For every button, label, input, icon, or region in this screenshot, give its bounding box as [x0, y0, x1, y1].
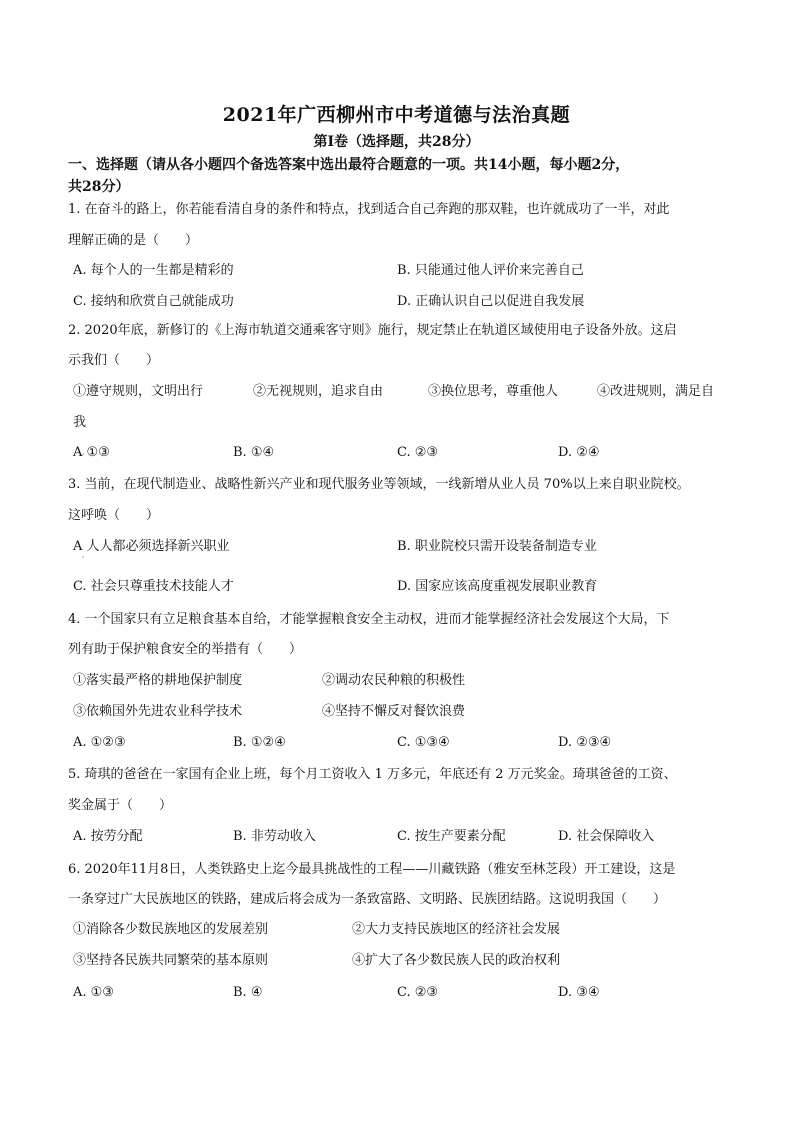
q3-option-b: B. 职业院校只需开设装备制造专业	[397, 538, 597, 556]
q4-statement-2: ②调动农民种粮的积极性	[322, 672, 465, 690]
document-subtitle: 第Ⅰ卷（选择题，共28分）	[0, 131, 793, 151]
q2-statement-wrap: 我	[73, 414, 86, 432]
q2-stem-line-1: 2. 2020年底，新修订的《上海市轨道交通乘客守则》施行，规定禁止在轨道区域使…	[68, 322, 677, 340]
q6-option-c: C. ②③	[397, 984, 438, 1002]
q4-statement-1: ①落实最严格的耕地保护制度	[73, 672, 242, 690]
q1-option-d: D. 正确认识自己以促进自我发展	[397, 293, 584, 311]
q4-statement-4: ④坚持不懈反对餐饮浪费	[322, 703, 465, 721]
q4-option-a: A. ①②③	[73, 734, 126, 752]
q5-stem-line-2: 奖金属于（ ）	[68, 797, 172, 815]
exam-page: 2021年广西柳州市中考道德与法治真题 第Ⅰ卷（选择题，共28分） 一、选择题（…	[0, 0, 793, 1122]
q6-option-a: A. ①③	[73, 984, 114, 1002]
q5-option-d: D. 社会保障收入	[558, 828, 654, 846]
q4-option-c: C. ①③④	[397, 734, 450, 752]
q6-statement-4: ④扩大了各少数民族人民的政治权利	[352, 952, 560, 970]
q6-statement-2: ②大力支持民族地区的经济社会发展	[352, 921, 560, 939]
q4-option-b: B. ①②④	[233, 734, 286, 752]
q6-option-b: B. ④	[233, 984, 262, 1002]
q6-statement-3: ③坚持各民族共同繁荣的基本原则	[73, 952, 268, 970]
section-heading-line-2: 共28分）	[68, 176, 728, 198]
section-heading: 一、选择题（请从各小题四个备选答案中选出最符合题意的一项。共14小题，每小题2分…	[68, 154, 728, 198]
q4-statement-3: ③依赖国外先进农业科学技术	[73, 703, 242, 721]
q5-option-a: A. 按劳分配	[73, 828, 143, 846]
q1-option-b: B. 只能通过他人评价来完善自己	[397, 262, 584, 280]
q2-option-c: C. ②③	[397, 444, 438, 462]
q4-stem-line-1: 4. 一个国家只有立足粮食基本自给，才能掌握粮食安全主动权，进而才能掌握经济社会…	[68, 611, 670, 629]
q3-option-a: A 人人都必须选择新兴职业	[73, 538, 230, 556]
scan-mark: '	[82, 452, 84, 461]
q2-statement-4: ④改进规则，满足自	[597, 383, 714, 401]
q6-stem-line-2: 一条穿过广大民族地区的铁路，建成后将会成为一条致富路、文明路、民族团结路。这说明…	[68, 891, 666, 909]
q4-stem-line-2: 列有助于保护粮食安全的举措有（ ）	[68, 641, 302, 659]
q2-statement-3: ③换位思考，尊重他人	[428, 383, 558, 401]
q6-stem-line-1: 6. 2020年11月8日，人类铁路史上迄今最具挑战性的工程——川藏铁路（雅安至…	[68, 861, 675, 879]
q1-stem-line-2: 理解正确的是（ ）	[68, 232, 198, 250]
q3-option-d: D. 国家应该高度重视发展职业教育	[397, 578, 597, 596]
q4-option-d: D. ②③④	[558, 734, 611, 752]
q2-statement-1: ①遵守规则，文明出行	[73, 383, 203, 401]
q2-option-b: B. ①④	[233, 444, 274, 462]
q2-stem-line-2: 示我们（ ）	[68, 352, 159, 370]
q3-stem-line-2: 这呼唤（ ）	[68, 507, 159, 525]
scan-mark: '	[82, 555, 84, 564]
q5-stem-line-1: 5. 琦琪的爸爸在一家国有企业上班，每个月工资收入 1 万多元，年底还有 2 万…	[68, 766, 677, 784]
document-title: 2021年广西柳州市中考道德与法治真题	[0, 100, 793, 127]
q1-stem-line-1: 1. 在奋斗的路上，你若能看清自身的条件和特点，找到适合自己奔跑的那双鞋，也许就…	[68, 201, 670, 219]
q2-option-d: D. ②④	[558, 444, 600, 462]
q2-option-a: A ①③	[73, 444, 110, 462]
q3-stem-line-1: 3. 当前，在现代制造业、战略性新兴产业和现代服务业等领域，一线新增从业人员 7…	[68, 476, 690, 494]
q3-option-c: C. 社会只尊重技术技能人才	[73, 578, 234, 596]
q1-option-c: C. 接纳和欣赏自己就能成功	[73, 293, 234, 311]
q6-option-d: D. ③④	[558, 984, 600, 1002]
q2-statement-2: ②无视规则，追求自由	[253, 383, 383, 401]
q5-option-c: C. 按生产要素分配	[397, 828, 506, 846]
q5-option-b: B. 非劳动收入	[233, 828, 316, 846]
q6-statement-1: ①消除各少数民族地区的发展差别	[73, 921, 268, 939]
section-heading-line-1: 一、选择题（请从各小题四个备选答案中选出最符合题意的一项。共14小题，每小题2分…	[68, 154, 728, 176]
q1-option-a: A. 每个人的一生都是精彩的	[73, 262, 234, 280]
